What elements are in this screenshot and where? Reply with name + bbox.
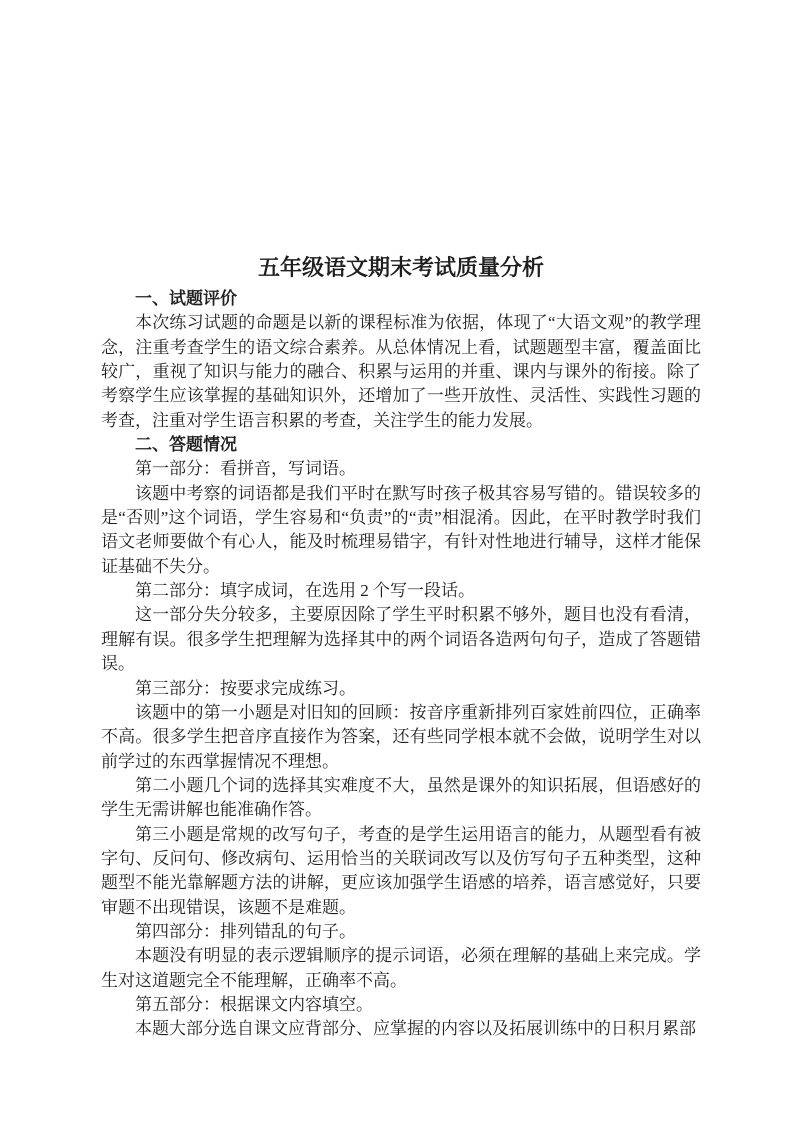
paragraph-part2-label: 第二部分：填字成词，在选用 2 个写一段话。 xyxy=(101,579,701,603)
document-content: 五年级语文期末考试质量分析 一、试题评价 本次练习试题的命题是以新的课程标准为依… xyxy=(101,252,701,1042)
paragraph-part2-analysis: 这一部分失分较多，主要原因除了学生平时积累不够外，题目也没有看清，理解有误。很多… xyxy=(101,603,701,676)
paragraph-part4-analysis: 本题没有明显的表示逻辑顺序的提示词语，必须在理解的基础上来完成。学生对这道题完全… xyxy=(101,944,701,993)
paragraph-part1-label: 第一部分：看拼音，写词语。 xyxy=(101,457,701,481)
paragraph-part3-item2-analysis: 第二小题几个词的选择其实难度不大，虽然是课外的知识拓展，但语感好的学生无需讲解也… xyxy=(101,774,701,823)
paragraph-part3-item1-analysis: 该题中的第一小题是对旧知的回顾：按音序重新排列百家姓前四位，正确率不高。很多学生… xyxy=(101,701,701,774)
paragraph-part1-analysis: 该题中考察的词语都是我们平时在默写时孩子极其容易写错的。错误较多的是“否则”这个… xyxy=(101,482,701,579)
document-title: 五年级语文期末考试质量分析 xyxy=(101,252,701,283)
paragraph-question-evaluation: 本次练习试题的命题是以新的课程标准为依据，体现了“大语文观”的教学理念，注重考查… xyxy=(101,311,701,433)
paragraph-part3-item3-analysis: 第三小题是常规的改写句子，考查的是学生运用语言的能力，从题型看有被字句、反问句、… xyxy=(101,823,701,920)
document-page: 五年级语文期末考试质量分析 一、试题评价 本次练习试题的命题是以新的课程标准为依… xyxy=(0,0,800,1132)
section-heading-answer-situation: 二、答题情况 xyxy=(101,433,701,457)
paragraph-part5-analysis-truncated: 本题大部分选自课文应背部分、应掌握的内容以及拓展训练中的日积月累部 xyxy=(101,1017,701,1041)
paragraph-part4-label: 第四部分：排列错乱的句子。 xyxy=(101,920,701,944)
paragraph-part3-label: 第三部分：按要求完成练习。 xyxy=(101,677,701,701)
section-heading-question-evaluation: 一、试题评价 xyxy=(101,287,701,311)
paragraph-part5-label: 第五部分：根据课文内容填空。 xyxy=(101,993,701,1017)
